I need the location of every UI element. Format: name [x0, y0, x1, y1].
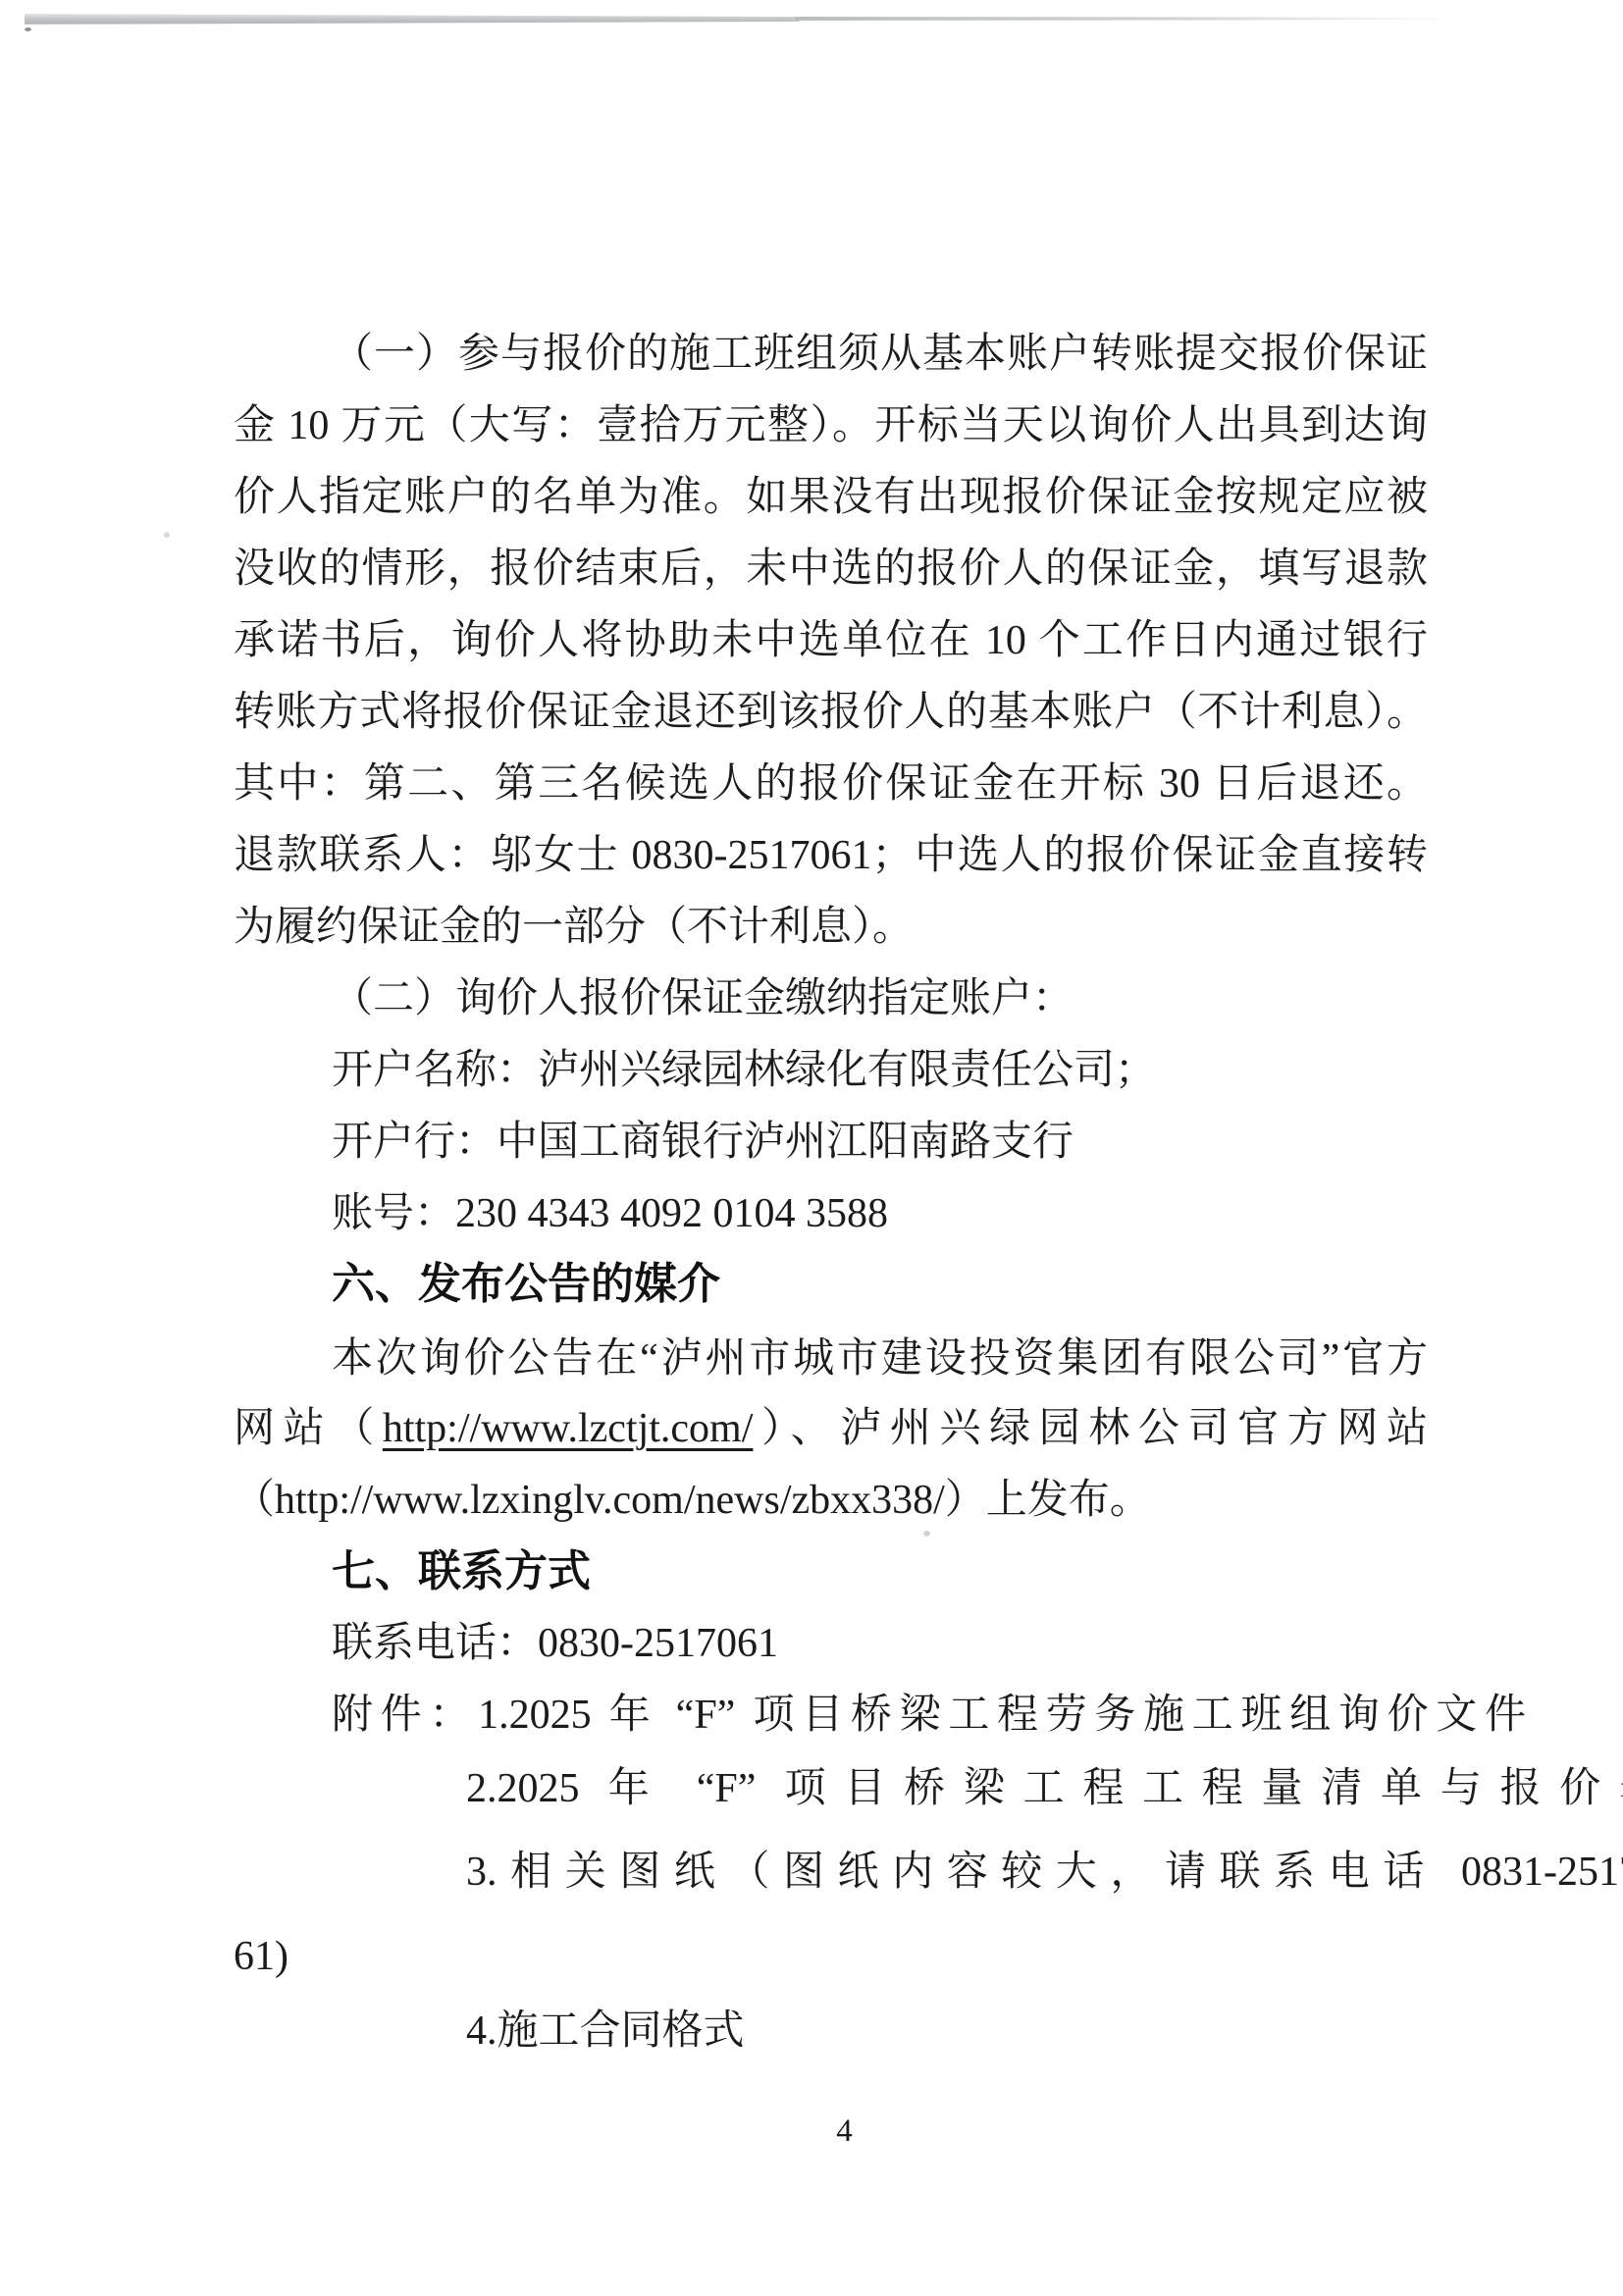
doc-line-media-2-pre: 网站（ [234, 1406, 383, 1451]
document-body: （一）参与报价的施工班组须从基本账户转账提交报价保证 金 10 万元（大写：壹拾… [0, 0, 1623, 2296]
doc-line-deposit-5: 承诺书后，询价人将协助未中选单位在 10 个工作日内通过银行 [234, 613, 1428, 668]
doc-line-media-2-post: ）、泸州兴绿园林公司官方网站 [753, 1406, 1428, 1451]
page-number: 4 [234, 2112, 1455, 2151]
doc-line-account-name: 开户名称：泸州兴绿园林绿化有限责任公司； [234, 1043, 1526, 1098]
doc-line-deposit-1: （一）参与报价的施工班组须从基本账户转账提交报价保证 [234, 327, 1428, 382]
doc-line-deposit-6: 转账方式将报价保证金退还到该报价人的基本账户（不计利息）。 [234, 685, 1428, 740]
doc-line-attachment-2: 2.2025 年 “F” 项目桥梁工程工程量清单与报价表 [234, 1761, 1623, 1816]
doc-line-deposit-2: 金 10 万元（大写：壹拾万元整）。开标当天以询价人出具到达询 [234, 398, 1428, 453]
doc-line-deposit-9: 为履约保证金的一部分（不计利息）。 [234, 900, 1428, 955]
doc-line-deposit-3: 价人指定账户的名单为准。如果没有出现报价保证金按规定应被 [234, 470, 1428, 525]
doc-line-attachment-1: 附件：1.2025 年 “F” 项目桥梁工程劳务施工班组询价文件 [234, 1688, 1526, 1743]
section-heading-publish-media: 六、发布公告的媒介 [234, 1257, 1526, 1312]
doc-line-contact-phone: 联系电话：0830-2517061 [234, 1616, 1526, 1671]
doc-line-attachment-3-cont: 61) [234, 1929, 1428, 1984]
doc-line-account-number: 账号：230 4343 4092 0104 3588 [234, 1186, 1526, 1241]
doc-line-media-2: 网站（http://www.lzctjt.com/）、泸州兴绿园林公司官方网站 [234, 1401, 1428, 1456]
doc-line-attachment-4: 4.施工合同格式 [234, 2004, 1623, 2059]
lzctjt-url: http://www.lzctjt.com/ [383, 1406, 754, 1451]
doc-line-attachment-3: 3.相关图纸（图纸内容较大，请联系电话 0831-25170 [234, 1845, 1623, 1900]
doc-line-media-1: 本次询价公告在“泸州市城市建设投资集团有限公司”官方 [234, 1331, 1428, 1386]
doc-line-account-intro: （二）询价人报价保证金缴纳指定账户： [234, 971, 1526, 1026]
doc-line-refund-contact: 退款联系人：邬女士 0830-2517061；中选人的报价保证金直接转 [234, 828, 1428, 883]
doc-line-deposit-4: 没收的情形，报价结束后，未中选的报价人的保证金，填写退款 [234, 542, 1428, 597]
doc-line-bank-branch: 开户行：中国工商银行泸州江阳南路支行 [234, 1115, 1526, 1170]
section-heading-contact: 七、联系方式 [234, 1544, 1526, 1599]
doc-line-media-3: （http://www.lzxinglv.com/news/zbxx338/）上… [234, 1473, 1428, 1528]
scanned-document-page: { "page": { "number": "4" }, "colors": {… [0, 0, 1623, 2296]
doc-line-deposit-7: 其中：第二、第三名候选人的报价保证金在开标 30 日后退还。 [234, 757, 1428, 811]
